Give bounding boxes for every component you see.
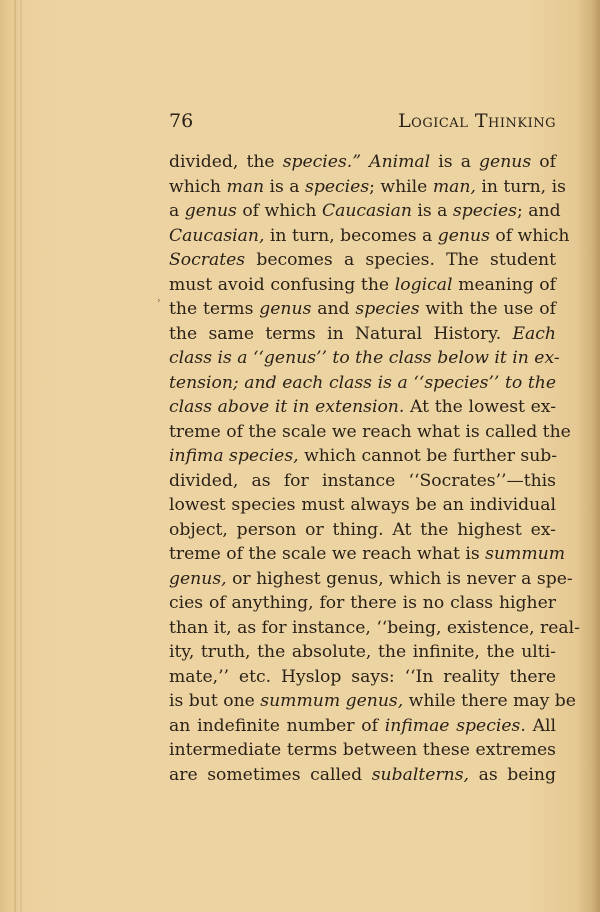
page-header: 76 Logical Thinking <box>169 110 556 140</box>
book-page: 76 Logical Thinking › divided, the speci… <box>0 0 600 912</box>
text-line: object, person or thing. At the highest … <box>169 518 556 543</box>
text-run: divided, the <box>169 152 283 172</box>
text-run: meaning of <box>453 275 557 295</box>
italic-text: species <box>453 201 517 221</box>
text-run: in turn, becomes a <box>264 226 437 246</box>
italic-text: subalterns, <box>372 765 469 785</box>
text-run: an indefinite number of <box>169 716 385 736</box>
text-run: is a <box>264 177 305 197</box>
text-line: class is a ‘‘genus’’ to the class below … <box>169 346 556 371</box>
text-run: which cannot be further sub- <box>299 446 557 466</box>
italic-text: summum <box>485 544 565 564</box>
italic-text: genus, <box>169 569 227 589</box>
italic-text: class is a ‘‘genus’’ to the class below … <box>169 348 560 368</box>
text-line: intermediate terms between these extreme… <box>169 738 556 763</box>
italic-text: species <box>355 299 419 319</box>
text-run: is but one <box>169 691 260 711</box>
text-run: At the lowest ex- <box>404 397 556 417</box>
italic-text: genus <box>185 201 237 221</box>
text-run: is a <box>430 152 479 172</box>
text-line: divided, as for instance ‘‘Socrates’’—th… <box>169 469 556 494</box>
text-line: is but one summum genus, while there may… <box>169 689 556 714</box>
text-line: the terms genus and species with the use… <box>169 297 556 322</box>
text-run: object, person or thing. At the highest … <box>169 520 556 540</box>
text-run: which <box>169 177 226 197</box>
italic-text: man <box>226 177 264 197</box>
text-run: divided, as for instance ‘‘Socrates’’—th… <box>169 471 556 491</box>
text-run: the same terms in Natural History. <box>169 324 513 344</box>
text-line: cies of anything, for there is no class … <box>169 591 556 616</box>
text-run: of which <box>237 201 322 221</box>
running-head: Logical Thinking <box>398 110 556 132</box>
text-run: while there may be <box>403 691 576 711</box>
text-run: as being <box>469 765 556 785</box>
text-line: than it, as for instance, ‘‘being, exist… <box>169 616 556 641</box>
text-line: infima species, which cannot be further … <box>169 444 556 469</box>
text-line: the same terms in Natural History. Each <box>169 322 556 347</box>
text-run: a <box>169 201 185 221</box>
italic-text: class above it in extension. <box>169 397 404 417</box>
text-run <box>361 152 369 172</box>
italic-text: infima species, <box>169 446 299 466</box>
text-run: intermediate terms between these extreme… <box>169 740 556 760</box>
text-line: must avoid confusing the logical meaning… <box>169 273 556 298</box>
italic-text: Each <box>513 324 557 344</box>
text-line: Socrates becomes a species. The student <box>169 248 556 273</box>
text-run: mate,’’ etc. Hyslop says: ‘‘In reality t… <box>169 667 556 687</box>
italic-text: man, <box>433 177 476 197</box>
italic-text: Caucasian, <box>169 226 264 246</box>
text-line: mate,’’ etc. Hyslop says: ‘‘In reality t… <box>169 665 556 690</box>
text-run: are sometimes called <box>169 765 372 785</box>
italic-text: Socrates <box>169 250 245 270</box>
italic-text: Animal <box>369 152 430 172</box>
text-run: lowest species must always be an individ… <box>169 495 556 515</box>
text-run: cies of anything, for there is no class … <box>169 593 556 613</box>
italic-text: genus <box>438 226 490 246</box>
text-line: are sometimes called subalterns, as bein… <box>169 763 556 788</box>
italic-text: Caucasian <box>322 201 412 221</box>
text-line: lowest species must always be an individ… <box>169 493 556 518</box>
text-run: in turn, is <box>476 177 566 197</box>
italic-text: summum genus, <box>260 691 403 711</box>
italic-text: species.” <box>283 152 361 172</box>
italic-text: tension; and each class is a ‘‘species’’… <box>169 373 556 393</box>
page-edge-shadow <box>20 0 22 912</box>
text-line: treme of the scale we reach what is summ… <box>169 542 556 567</box>
text-run: All <box>526 716 556 736</box>
text-run: ; while <box>369 177 433 197</box>
italic-text: infimae species. <box>385 716 526 736</box>
text-line: genus, or highest genus, which is never … <box>169 567 556 592</box>
italic-text: genus <box>259 299 311 319</box>
text-run: the terms <box>169 299 259 319</box>
text-run: becomes a species. The student <box>245 250 556 270</box>
text-run: of which <box>490 226 570 246</box>
text-line: divided, the species.” Animal is a genus… <box>169 150 556 175</box>
text-run: is a <box>412 201 453 221</box>
text-line: ity, truth, the absolute, the infinite, … <box>169 640 556 665</box>
italic-text: logical <box>395 275 453 295</box>
body-text: divided, the species.” Animal is a genus… <box>169 150 556 787</box>
text-line: treme of the scale we reach what is call… <box>169 420 556 445</box>
text-run: or highest genus, which is never a spe- <box>227 569 573 589</box>
text-run: and <box>311 299 355 319</box>
text-line: an indefinite number of infimae species.… <box>169 714 556 739</box>
margin-mark: › <box>157 296 161 306</box>
text-line: a genus of which Caucasian is a species;… <box>169 199 556 224</box>
text-run: with the use of <box>420 299 556 319</box>
text-line: tension; and each class is a ‘‘species’’… <box>169 371 556 396</box>
italic-text: genus <box>479 152 531 172</box>
page-edge-shadow <box>14 0 16 912</box>
text-line: which man is a species; while man, in tu… <box>169 175 556 200</box>
text-run: treme of the scale we reach what is call… <box>169 422 571 442</box>
italic-text: species <box>305 177 369 197</box>
text-run: treme of the scale we reach what is <box>169 544 485 564</box>
text-line: Caucasian, in turn, becomes a genus of w… <box>169 224 556 249</box>
text-run: of <box>531 152 556 172</box>
text-line: class above it in extension. At the lowe… <box>169 395 556 420</box>
page-number: 76 <box>169 110 193 132</box>
text-run: ity, truth, the absolute, the infinite, … <box>169 642 556 662</box>
text-run: than it, as for instance, ‘‘being, exist… <box>169 618 580 638</box>
text-run: must avoid confusing the <box>169 275 395 295</box>
text-run: ; and <box>517 201 561 221</box>
